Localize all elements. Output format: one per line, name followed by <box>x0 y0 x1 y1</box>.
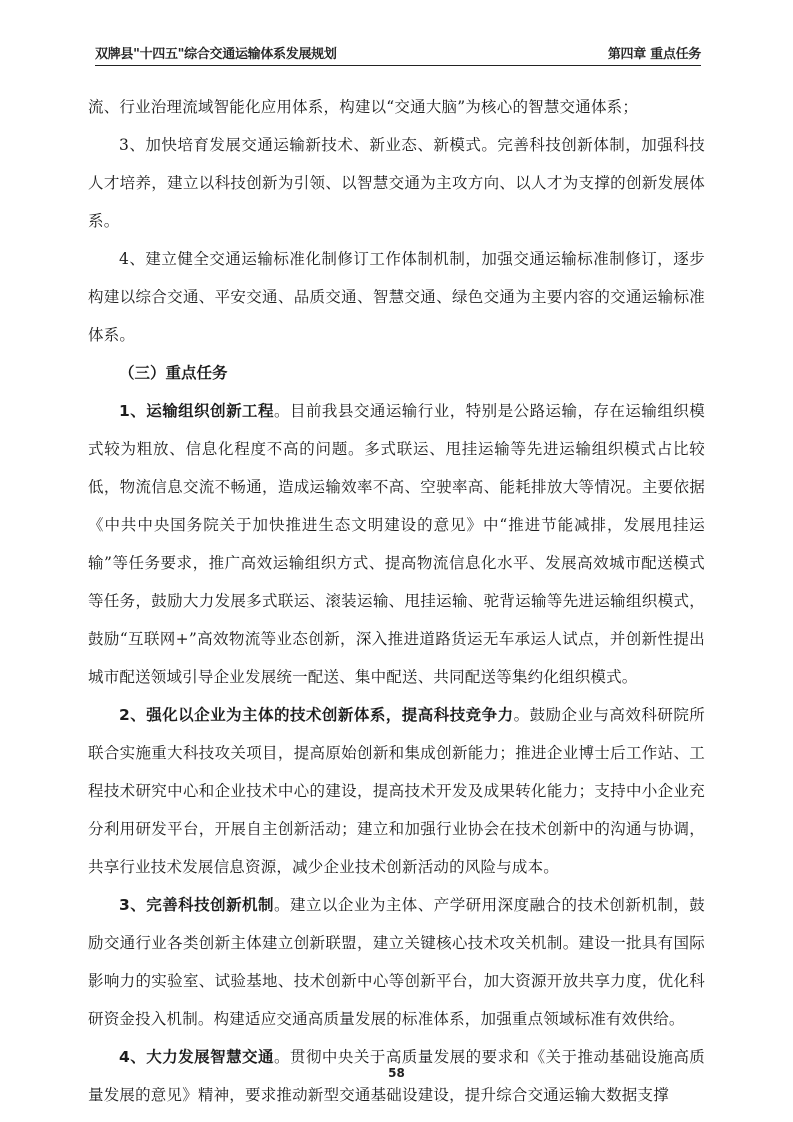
task-text-3: 。建立以企业为主体、产学研用深度融合的技术创新机制，鼓励交通行业各类创新主体建立… <box>88 896 705 1028</box>
section-heading: （三）重点任务 <box>88 354 705 392</box>
paragraph-continued: 流、行业治理流域智能化应用体系，构建以“交通大脑”为核心的智慧交通体系； <box>88 88 705 126</box>
page-number: 58 <box>0 1066 793 1080</box>
document-title: 双牌县"十四五"综合交通运输体系发展规划 <box>95 43 337 62</box>
task-lead-3: 3、完善科技创新机制 <box>119 896 274 914</box>
task-paragraph-1: 1、运输组织创新工程。目前我县交通运输行业，特别是公路运输，存在运输组织模式较为… <box>88 392 705 696</box>
paragraph-item-4: 4、建立健全交通运输标准化制修订工作体制机制，加强交通运输标准制修订，逐步构建以… <box>88 240 705 354</box>
task-lead-2: 2、强化以企业为主体的技术创新体系，提高科技竞争力 <box>119 706 514 724</box>
task-lead-1: 1、运输组织创新工程 <box>119 402 274 420</box>
task-text-1: 。目前我县交通运输行业，特别是公路运输，存在运输组织模式较为粗放、信息化程度不高… <box>88 402 705 686</box>
task-text-2: 。鼓励企业与高效科研院所联合实施重大科技攻关项目，提高原始创新和集成创新能力；推… <box>88 706 705 876</box>
chapter-title: 第四章 重点任务 <box>608 43 701 62</box>
task-lead-4: 4、大力发展智慧交通 <box>119 1048 274 1066</box>
task-paragraph-3: 3、完善科技创新机制。建立以企业为主体、产学研用深度融合的技术创新机制，鼓励交通… <box>88 886 705 1038</box>
paragraph-item-3: 3、加快培育发展交通运输新技术、新业态、新模式。完善科技创新体制，加强科技人才培… <box>88 126 705 240</box>
document-body: 流、行业治理流域智能化应用体系，构建以“交通大脑”为核心的智慧交通体系； 3、加… <box>88 88 705 1114</box>
page-header: 双牌县"十四五"综合交通运输体系发展规划 第四章 重点任务 <box>95 44 701 66</box>
task-paragraph-2: 2、强化以企业为主体的技术创新体系，提高科技竞争力。鼓励企业与高效科研院所联合实… <box>88 696 705 886</box>
